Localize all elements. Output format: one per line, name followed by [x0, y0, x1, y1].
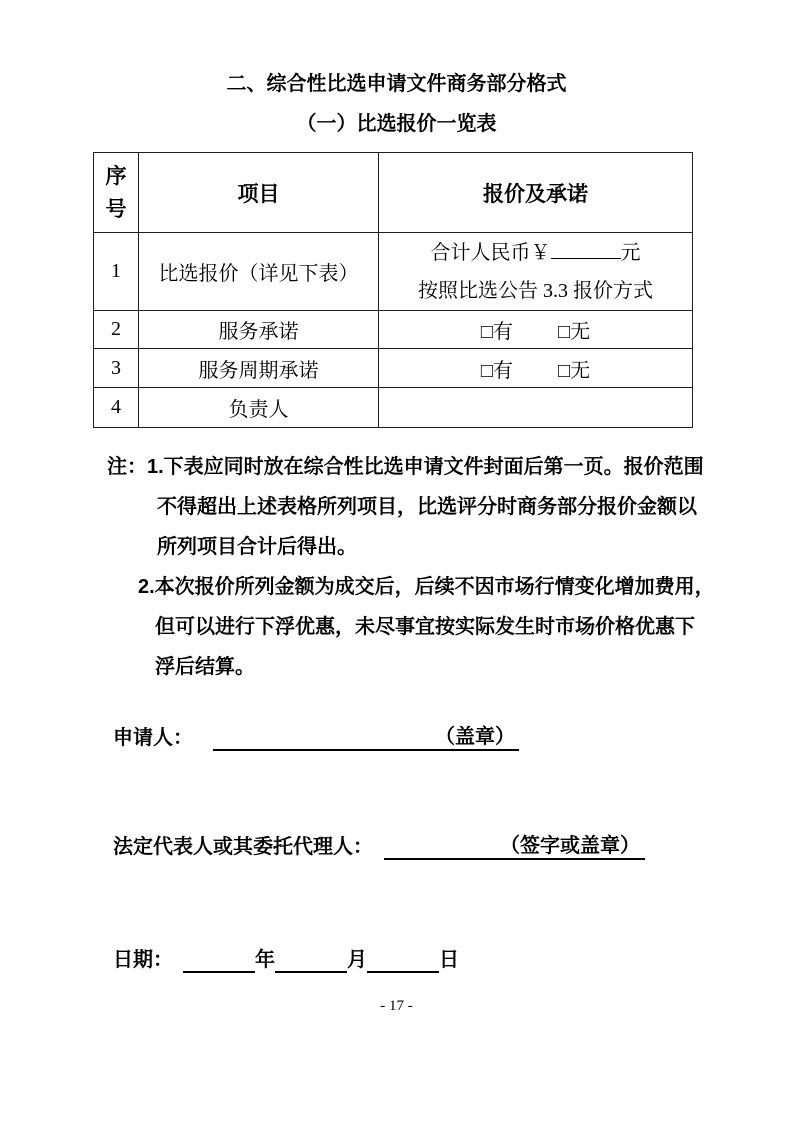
- table-row: 1 比选报价（详见下表） 合计人民币￥元 按照比选公告 3.3 报价方式: [94, 233, 693, 311]
- cell-seq-4: 4: [94, 388, 139, 428]
- note-line: 不得超出上述表格所列项目，比选评分时商务部分报价金额以: [107, 487, 747, 527]
- table-row: 4 负责人: [94, 388, 693, 428]
- cell-seq-1: 1: [94, 233, 139, 311]
- year-label: 年: [255, 947, 275, 973]
- notes-block: 注：1.下表应同时放在综合性比选申请文件封面后第一页。报价范围 不得超出上述表格…: [107, 447, 747, 687]
- option-yes-label: 有: [493, 360, 513, 382]
- note-line: 所列项目合计后得出。: [107, 527, 747, 567]
- document-page: 二、综合性比选申请文件商务部分格式 （一）比选报价一览表 序号 项目 报价及承诺…: [0, 0, 793, 1121]
- year-fill-blank: [183, 947, 255, 973]
- note-line: 浮后结算。: [107, 647, 747, 687]
- cell-quote-3: □有 □无: [379, 349, 693, 388]
- seal-note: （盖章）: [435, 725, 515, 749]
- amount-fill-blank: [551, 239, 621, 259]
- yes-no-options: □有 □无: [379, 315, 692, 344]
- quote-table: 序号 项目 报价及承诺 1 比选报价（详见下表） 合计人民币￥元 按照比选公告 …: [93, 152, 693, 428]
- table-header-row: 序号 项目 报价及承诺: [94, 153, 693, 233]
- checkbox-icon: □: [558, 360, 570, 383]
- sign-or-seal-note: （签字或盖章）: [500, 834, 640, 858]
- date-line: 日期： 年 月 日: [113, 947, 459, 973]
- date-label: 日期：: [113, 947, 173, 973]
- cell-seq-2: 2: [94, 311, 139, 349]
- document-title: 二、综合性比选申请文件商务部分格式: [0, 72, 793, 96]
- option-no-label: 无: [570, 321, 590, 343]
- cell-item-2: 服务承诺: [139, 311, 379, 349]
- table-row: 2 服务承诺 □有 □无: [94, 311, 693, 349]
- option-yes: □有: [481, 315, 513, 344]
- cell-item-1: 比选报价（详见下表）: [139, 233, 379, 311]
- checkbox-icon: □: [481, 360, 493, 383]
- representative-fill-blank: （签字或盖章）: [384, 834, 645, 860]
- applicant-label: 申请人：: [113, 725, 193, 751]
- representative-label: 法定代表人或其委托代理人：: [113, 834, 373, 860]
- money-suffix: 元: [621, 242, 641, 264]
- header-seq-label: 序号: [104, 160, 128, 226]
- applicant-fill-blank: （盖章）: [213, 725, 519, 751]
- note-line: 注：1.下表应同时放在综合性比选申请文件封面后第一页。报价范围: [107, 447, 747, 487]
- header-item: 项目: [139, 153, 379, 233]
- option-no: □无: [558, 315, 590, 344]
- quote-method-line: 按照比选公告 3.3 报价方式: [379, 272, 692, 310]
- header-quote: 报价及承诺: [379, 153, 693, 233]
- cell-quote-4: [379, 388, 693, 428]
- money-prefix: 合计人民币￥: [431, 242, 551, 264]
- option-no: □无: [558, 354, 590, 383]
- table-row: 3 服务周期承诺 □有 □无: [94, 349, 693, 388]
- header-seq: 序号: [94, 153, 139, 233]
- cell-quote-2: □有 □无: [379, 311, 693, 349]
- applicant-line: 申请人： （盖章）: [113, 725, 519, 751]
- day-fill-blank: [367, 947, 439, 973]
- option-yes-label: 有: [493, 321, 513, 343]
- note-line: 但可以进行下浮优惠，未尽事宜按实际发生时市场价格优惠下: [107, 607, 747, 647]
- cell-quote-1: 合计人民币￥元 按照比选公告 3.3 报价方式: [379, 233, 693, 311]
- option-no-label: 无: [570, 360, 590, 382]
- cell-seq-3: 3: [94, 349, 139, 388]
- page-number: - 17 -: [0, 998, 793, 1015]
- month-label: 月: [347, 947, 367, 973]
- day-label: 日: [439, 947, 459, 973]
- option-yes: □有: [481, 354, 513, 383]
- cell-item-3: 服务周期承诺: [139, 349, 379, 388]
- section-subtitle: （一）比选报价一览表: [0, 112, 793, 136]
- month-fill-blank: [275, 947, 347, 973]
- checkbox-icon: □: [481, 321, 493, 344]
- yes-no-options: □有 □无: [379, 354, 692, 383]
- note-line: 2.本次报价所列金额为成交后，后续不因市场行情变化增加费用，: [107, 567, 747, 607]
- total-price-line: 合计人民币￥元: [379, 234, 692, 272]
- cell-item-4: 负责人: [139, 388, 379, 428]
- checkbox-icon: □: [558, 321, 570, 344]
- representative-line: 法定代表人或其委托代理人： （签字或盖章）: [113, 834, 645, 860]
